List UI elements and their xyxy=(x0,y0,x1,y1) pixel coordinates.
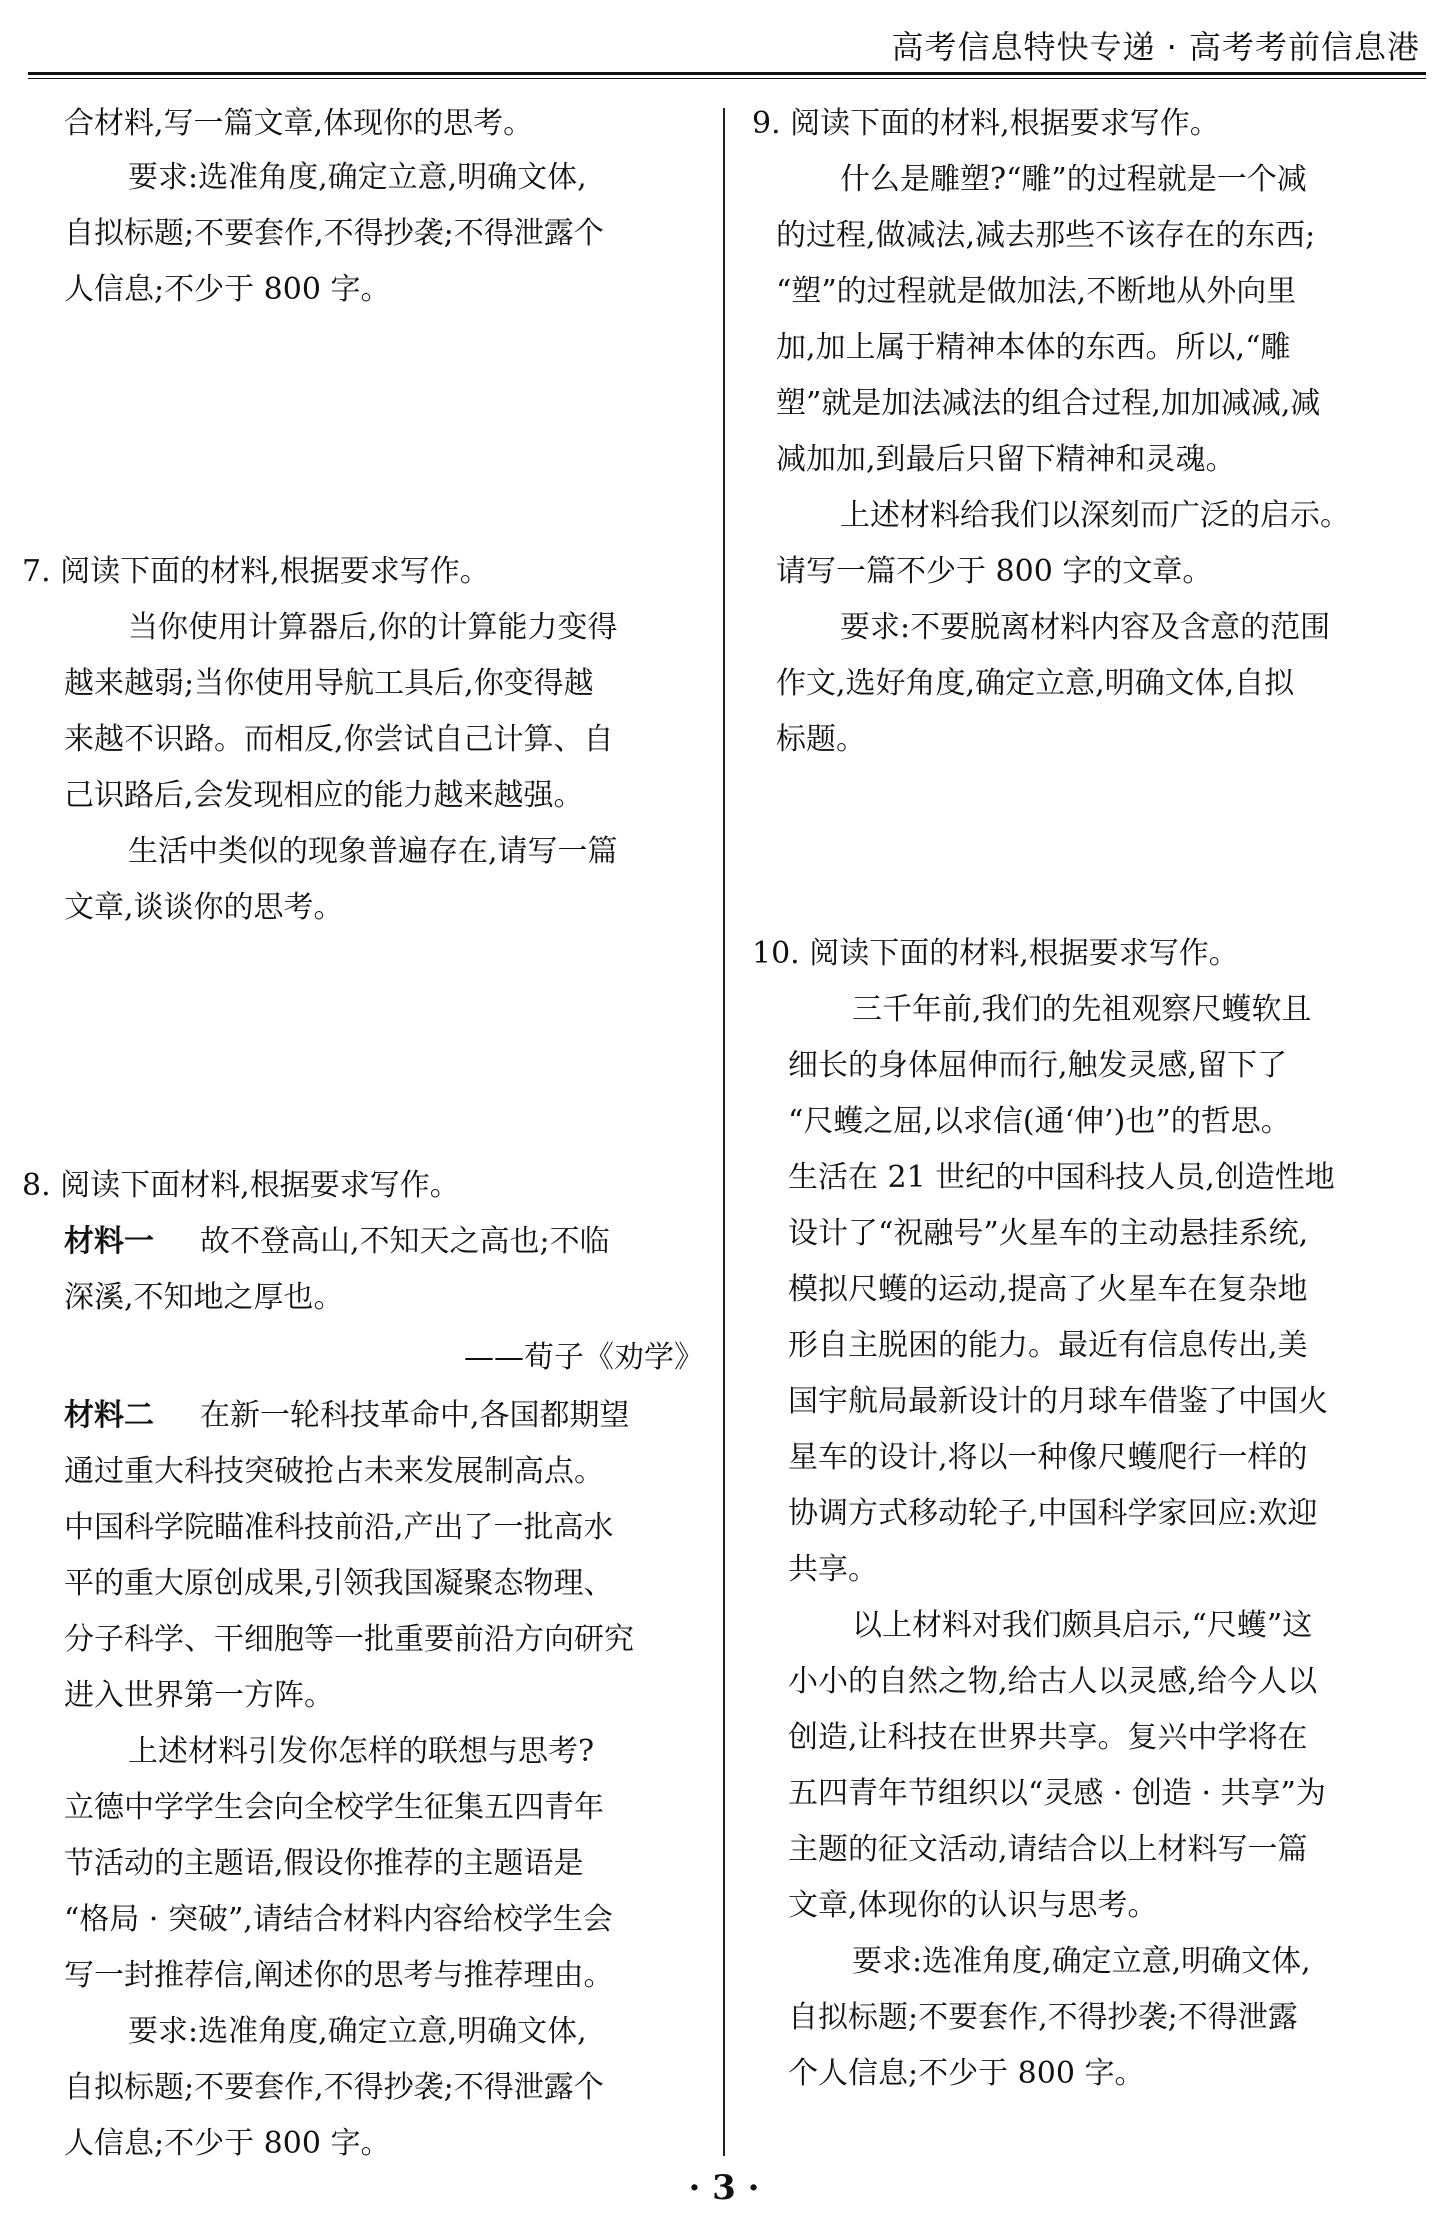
text-line: 平的重大原创成果,引领我国凝聚态物理、 xyxy=(64,1564,614,1604)
text-line: 要求:选准角度,确定立意,明确文体, xyxy=(852,1942,1311,1982)
column-divider xyxy=(723,108,725,2156)
text-line: 设计了“祝融号”火星车的主动悬挂系统, xyxy=(788,1214,1308,1254)
text-line: 细长的身体屈伸而行,触发灵感,留下了 xyxy=(788,1046,1287,1086)
text-line: 深溪,不知地之厚也。 xyxy=(64,1278,344,1318)
text-line: 己识路后,会发现相应的能力越来越强。 xyxy=(64,776,584,816)
text-line: 越来越弱;当你使用导航工具后,你变得越 xyxy=(64,664,594,704)
text-line: 中国科学院瞄准科技前沿,产出了一批高水 xyxy=(64,1508,614,1548)
text-line: ——荀子《劝学》 xyxy=(464,1338,704,1378)
text-line: 9. 阅读下面的材料,根据要求写作。 xyxy=(752,104,1220,144)
material-label: 材料一 xyxy=(64,1222,154,1262)
text-line: “尺蠖之屈,以求信(通‘伸’)也”的哲思。 xyxy=(788,1102,1291,1142)
material-label: 材料二 xyxy=(64,1396,154,1436)
text-line: 通过重大科技突破抢占未来发展制高点。 xyxy=(64,1452,604,1492)
text-line: 分子科学、干细胞等一批重要前沿方向研究 xyxy=(64,1620,634,1660)
text-line: 自拟标题;不要套作,不得抄袭;不得泄露 xyxy=(788,1998,1298,2038)
text-line: 要求:选准角度,确定立意,明确文体, xyxy=(128,158,587,198)
text-line: 要求:不要脱离材料内容及含意的范围 xyxy=(840,608,1330,648)
text-line: 的过程,做减法,减去那些不该存在的东西; xyxy=(776,216,1315,256)
text-line: 要求:选准角度,确定立意,明确文体, xyxy=(128,2012,587,2052)
text-line: 个人信息;不少于 800 字。 xyxy=(788,2054,1144,2094)
text-line: 来越不识路。而相反,你尝试自己计算、自 xyxy=(64,720,614,760)
text-line: 人信息;不少于 800 字。 xyxy=(64,2124,390,2164)
page-header-title: 高考信息特快专递 · 高考考前信息港 xyxy=(891,22,1420,68)
text-line: 8. 阅读下面材料,根据要求写作。 xyxy=(22,1166,460,1206)
text-line: 国宇航局最新设计的月球车借鉴了中国火 xyxy=(788,1382,1328,1422)
text-line: 节活动的主题语,假设你推荐的主题语是 xyxy=(64,1844,584,1884)
text-line: 请写一篇不少于 800 字的文章。 xyxy=(776,552,1212,592)
text-line: 加,加上属于精神本体的东西。所以,“雕 xyxy=(776,328,1290,368)
text-line: 塑”就是加法减法的组合过程,加加减减,减 xyxy=(776,384,1320,424)
text-line: 协调方式移动轮子,中国科学家回应:欢迎 xyxy=(788,1494,1318,1534)
text-line: 三千年前,我们的先祖观察尺蠖软且 xyxy=(852,990,1312,1030)
text-line: 自拟标题;不要套作,不得抄袭;不得泄露个 xyxy=(64,2068,604,2108)
text-line: 上述材料引发你怎样的联想与思考? xyxy=(128,1732,594,1772)
page-number: · 3 · xyxy=(0,2168,1448,2208)
text-line: 文章,体现你的认识与思考。 xyxy=(788,1886,1158,1926)
header-rule-thin xyxy=(28,78,1426,79)
text-line: “塑”的过程就是做加法,不断地从外向里 xyxy=(776,272,1296,312)
text-line: 7. 阅读下面的材料,根据要求写作。 xyxy=(22,552,490,592)
text-line: 星车的设计,将以一种像尺蠖爬行一样的 xyxy=(788,1438,1308,1478)
text-line: 标题。 xyxy=(776,720,866,760)
header-rule-thick xyxy=(28,72,1426,75)
text-line: 上述材料给我们以深刻而广泛的启示。 xyxy=(840,496,1350,536)
text-line: 人信息;不少于 800 字。 xyxy=(64,270,390,310)
text-line: 在新一轮科技革命中,各国都期望 xyxy=(200,1396,630,1436)
text-line: 主题的征文活动,请结合以上材料写一篇 xyxy=(788,1830,1308,1870)
text-line: 以上材料对我们颇具启示,“尺蠖”这 xyxy=(852,1606,1312,1646)
text-line: 创造,让科技在世界共享。复兴中学将在 xyxy=(788,1718,1308,1758)
text-line: 共享。 xyxy=(788,1550,878,1590)
text-line: 文章,谈谈你的思考。 xyxy=(64,888,344,928)
text-line: 小小的自然之物,给古人以灵感,给今人以 xyxy=(788,1662,1317,1702)
text-line: 生活在 21 世纪的中国科技人员,创造性地 xyxy=(788,1158,1335,1198)
text-line: 当你使用计算器后,你的计算能力变得 xyxy=(128,608,618,648)
text-line: 生活中类似的现象普遍存在,请写一篇 xyxy=(128,832,618,872)
text-line: 10. 阅读下面的材料,根据要求写作。 xyxy=(752,934,1239,974)
text-line: 减加加,到最后只留下精神和灵魂。 xyxy=(776,440,1236,480)
text-line: 立德中学学生会向全校学生征集五四青年 xyxy=(64,1788,604,1828)
text-line: 模拟尺蠖的运动,提高了火星车在复杂地 xyxy=(788,1270,1308,1310)
text-line: 合材料,写一篇文章,体现你的思考。 xyxy=(64,104,533,144)
text-line: 作文,选好角度,确定立意,明确文体,自拟 xyxy=(776,664,1294,704)
text-line: 故不登高山,不知天之高也;不临 xyxy=(200,1222,610,1262)
text-line: 写一封推荐信,阐述你的思考与推荐理由。 xyxy=(64,1956,614,1996)
text-line: 自拟标题;不要套作,不得抄袭;不得泄露个 xyxy=(64,214,604,254)
text-line: 进入世界第一方阵。 xyxy=(64,1676,334,1716)
text-line: 五四青年节组织以“灵感 · 创造 · 共享”为 xyxy=(788,1774,1326,1814)
text-line: 形自主脱困的能力。最近有信息传出,美 xyxy=(788,1326,1308,1366)
text-line: 什么是雕塑?“雕”的过程就是一个减 xyxy=(840,160,1307,200)
text-line: “格局 · 突破”,请结合材料内容给校学生会 xyxy=(64,1900,613,1940)
